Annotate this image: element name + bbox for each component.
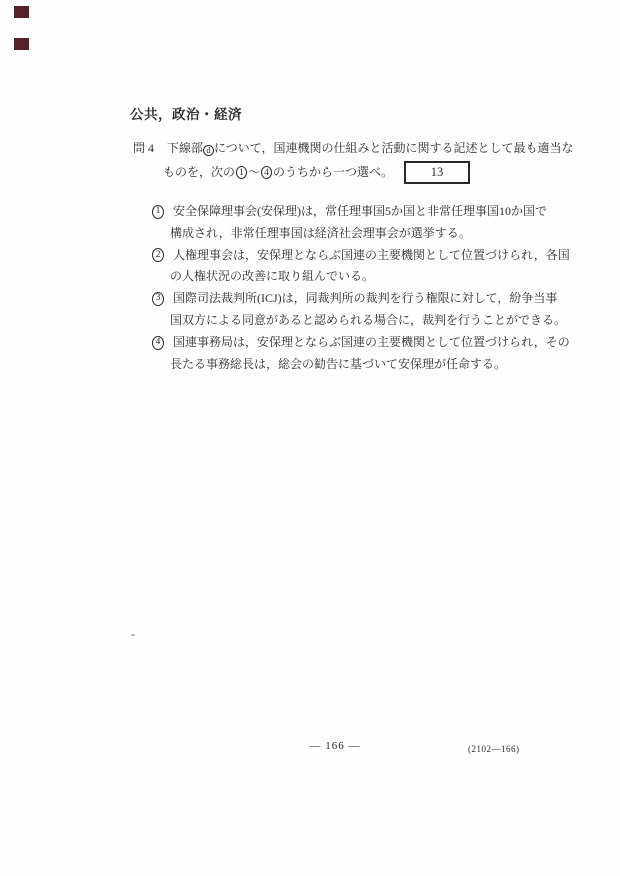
option-3-circled-number: 3 bbox=[152, 292, 164, 306]
print-code: (2102—166) bbox=[468, 744, 520, 754]
question-line-1: 問 4 下線部dについて，国連機関の仕組みと活動に関する記述として最も適当な bbox=[133, 136, 588, 160]
exam-page: 公共，政治・経済 問 4 下線部dについて，国連機関の仕組みと活動に関する記述と… bbox=[0, 0, 620, 876]
question-number-label: 問 4 bbox=[133, 136, 154, 160]
underline-ref-circled-letter: d bbox=[203, 145, 214, 156]
option-4-circled-number: 4 bbox=[152, 336, 164, 350]
question-post-ref: について，国連機関の仕組みと活動に関する記述として最も適当な bbox=[214, 141, 574, 155]
option-1-circled-number: 1 bbox=[152, 205, 164, 219]
question-text-line1: 下線部dについて，国連機関の仕組みと活動に関する記述として最も適当な bbox=[167, 136, 574, 160]
page-number: — 166 — bbox=[50, 740, 620, 752]
option-3-line1: 国際司法裁判所(ICJ)は，同裁判所の裁判を行う権限に対して，紛争当事 bbox=[173, 288, 557, 310]
question-text-line2: ものを，次の1～4のうちから一つ選べ。13 bbox=[163, 160, 470, 184]
registration-mark-top bbox=[14, 6, 29, 18]
question-block: 問 4 下線部dについて，国連機関の仕組みと活動に関する記述として最も適当な も… bbox=[133, 136, 588, 184]
option-1-line1: 安全保障理事会(安保理)は，常任理事国5か国と非常任理事国10か国で bbox=[173, 201, 547, 223]
registration-mark-bottom bbox=[14, 38, 29, 50]
option-3-line2: 国双方による同意があると認められる場合に，裁判を行うことができる。 bbox=[170, 310, 580, 332]
question-pre-ref: 下線部 bbox=[167, 141, 203, 155]
option-1: 1 安全保障理事会(安保理)は，常任理事国5か国と非常任理事国10か国で 構成さ… bbox=[152, 201, 580, 244]
scan-speck bbox=[131, 634, 135, 636]
option-2: 2 人権理事会は，安保理とならぶ国連の主要機関として位置づけられ，各国 の人権状… bbox=[152, 245, 580, 288]
option-2-line2: の人権状況の改善に取り組んでいる。 bbox=[170, 266, 580, 288]
option-3: 3 国際司法裁判所(ICJ)は，同裁判所の裁判を行う権限に対して，紛争当事 国双… bbox=[152, 288, 580, 331]
option-1-line2: 構成され，非常任理事国は経済社会理事会が選挙する。 bbox=[170, 223, 580, 245]
answer-number-box: 13 bbox=[404, 161, 470, 184]
option-4-line1: 国連事務局は，安保理とならぶ国連の主要機関として位置づけられ，その bbox=[173, 332, 570, 354]
option-2-line1: 人権理事会は，安保理とならぶ国連の主要機関として位置づけられ，各国 bbox=[173, 245, 570, 267]
options-list: 1 安全保障理事会(安保理)は，常任理事国5か国と非常任理事国10か国で 構成さ… bbox=[152, 201, 580, 376]
option-2-circled-number: 2 bbox=[152, 248, 164, 262]
question-line-2: ものを，次の1～4のうちから一つ選べ。13 bbox=[163, 160, 588, 184]
option-4-line2: 長たる事務総長は，総会の勧告に基づいて安保理が任命する。 bbox=[170, 354, 580, 376]
question-line2-pre: ものを，次の bbox=[163, 160, 235, 184]
subject-header: 公共，政治・経済 bbox=[130, 103, 242, 123]
question-line2-post: のうちから一つ選べ。 bbox=[273, 160, 393, 184]
circled-number-1-inline: 1 bbox=[236, 166, 247, 179]
range-tilde: ～ bbox=[248, 160, 260, 184]
circled-number-4-inline: 4 bbox=[261, 166, 272, 179]
option-4: 4 国連事務局は，安保理とならぶ国連の主要機関として位置づけられ，その 長たる事… bbox=[152, 332, 580, 375]
